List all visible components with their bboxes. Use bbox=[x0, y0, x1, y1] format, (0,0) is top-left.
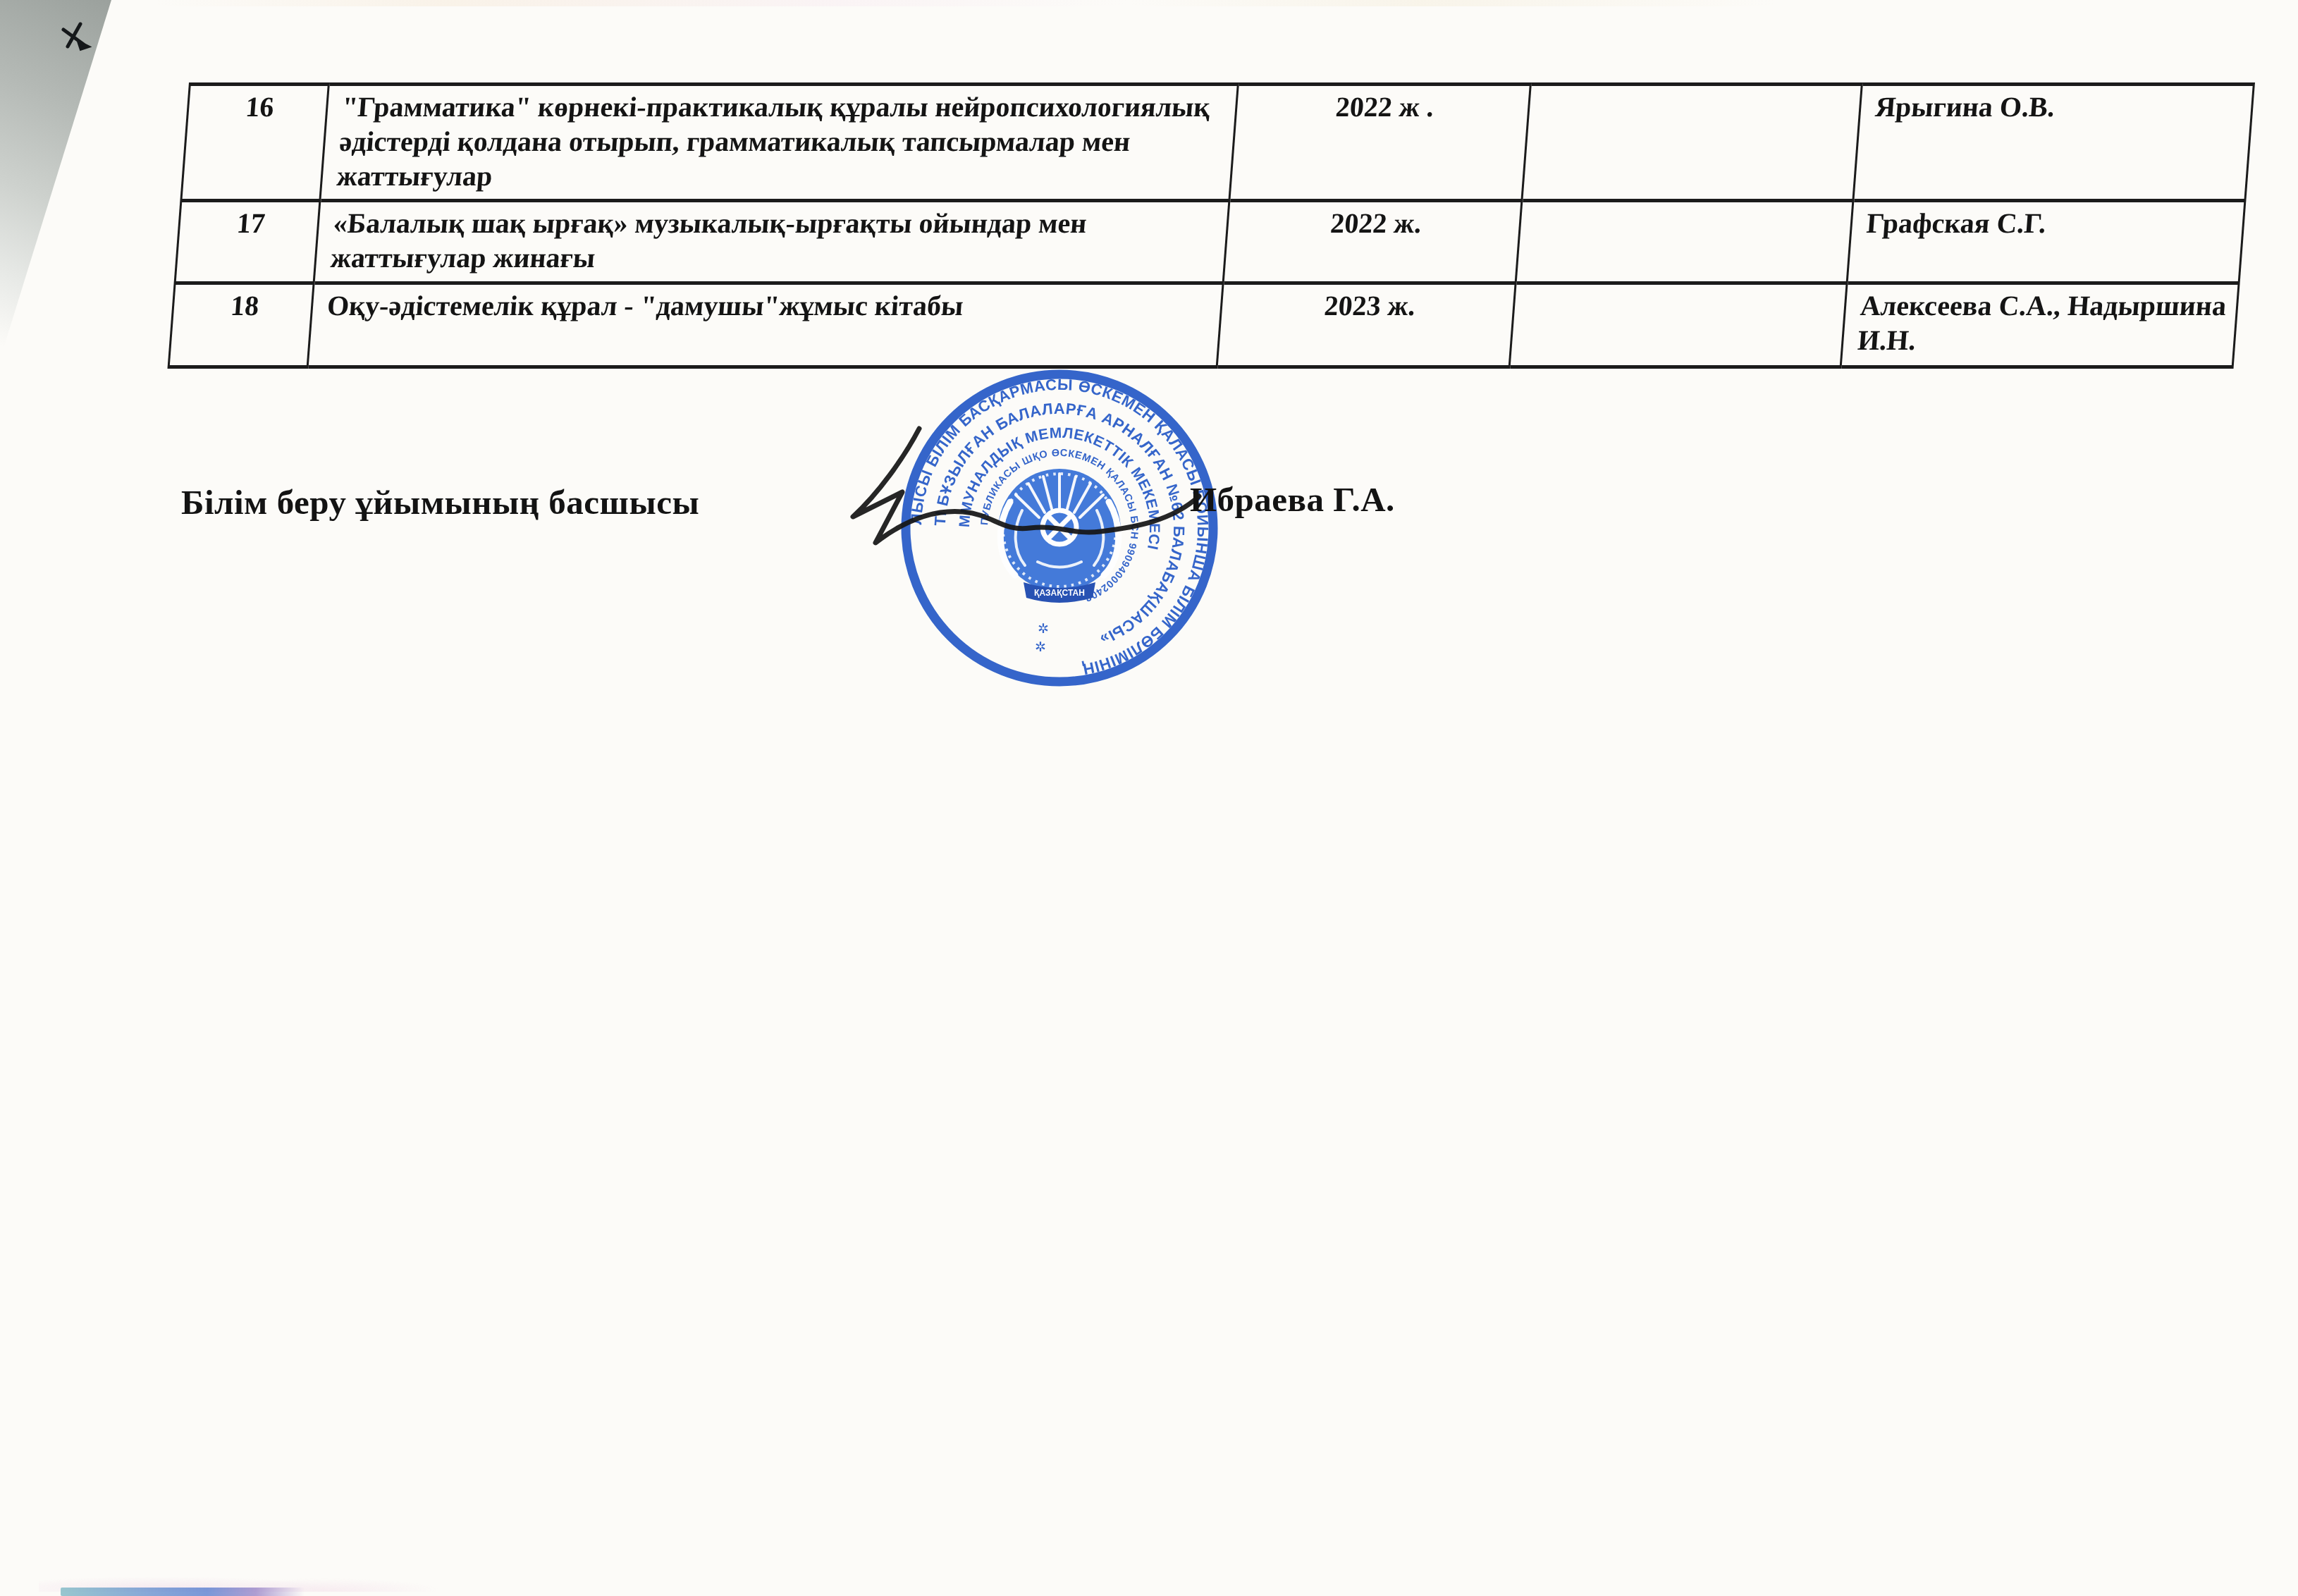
cell-title: "Грамматика" көрнекі-практикалық құралы … bbox=[320, 85, 1238, 201]
stamp-separator-mark-icon: ✲ bbox=[1038, 622, 1049, 637]
cell-authors: Ярыгина О.В. bbox=[1853, 85, 2254, 201]
cell-row-number: 16 bbox=[181, 85, 328, 201]
scan-bottom-color-strip bbox=[61, 1588, 305, 1596]
scan-corner-shadow bbox=[0, 0, 120, 367]
stamp-emblem-banner-text: ҚАЗАҚСТАН bbox=[1034, 588, 1085, 598]
pen-x-mark bbox=[59, 21, 92, 52]
publications-table-wrap: 16 "Грамматика" көрнекі-практикалық құра… bbox=[167, 82, 2253, 369]
signer-name: Ибраева Г.А. bbox=[1190, 482, 1395, 517]
table-row: 16 "Грамматика" көрнекі-практикалық құра… bbox=[181, 85, 2254, 201]
publications-table: 16 "Грамматика" көрнекі-практикалық құра… bbox=[167, 82, 2255, 369]
stamp-separator-mark-icon: ✲ bbox=[1035, 640, 1046, 655]
cell-row-number: 17 bbox=[175, 201, 320, 283]
cell-empty bbox=[1522, 85, 1862, 201]
cell-title: «Балалық шақ ырғақ» музыкалық-ырғақты ой… bbox=[314, 201, 1229, 283]
cell-empty bbox=[1509, 283, 1847, 367]
cell-empty bbox=[1516, 201, 1853, 283]
signatory-role-label: Білім беру ұйымының басшысы bbox=[181, 485, 699, 520]
cell-year: 2022 ж . bbox=[1229, 85, 1530, 201]
cell-authors: Графская С.Г. bbox=[1847, 201, 2245, 283]
handwritten-signature bbox=[804, 417, 1255, 579]
cell-row-number: 18 bbox=[168, 283, 314, 367]
cell-authors: Алексеева С.А., Надыршина И.Н. bbox=[1841, 283, 2239, 367]
cell-year: 2022 ж. bbox=[1223, 201, 1522, 283]
scan-top-smudge bbox=[155, 0, 1776, 6]
table-row: 17 «Балалық шақ ырғақ» музыкалық-ырғақты… bbox=[175, 201, 2245, 283]
cell-year: 2023 ж. bbox=[1217, 283, 1516, 367]
scanned-document-page: 16 "Грамматика" көрнекі-практикалық құра… bbox=[0, 0, 2298, 1596]
table-row: 18 Оқу-әдістемелік құрал - "дамушы"жұмыс… bbox=[168, 283, 2239, 367]
cell-title: Оқу-әдістемелік құрал - "дамушы"жұмыс кі… bbox=[307, 283, 1223, 367]
